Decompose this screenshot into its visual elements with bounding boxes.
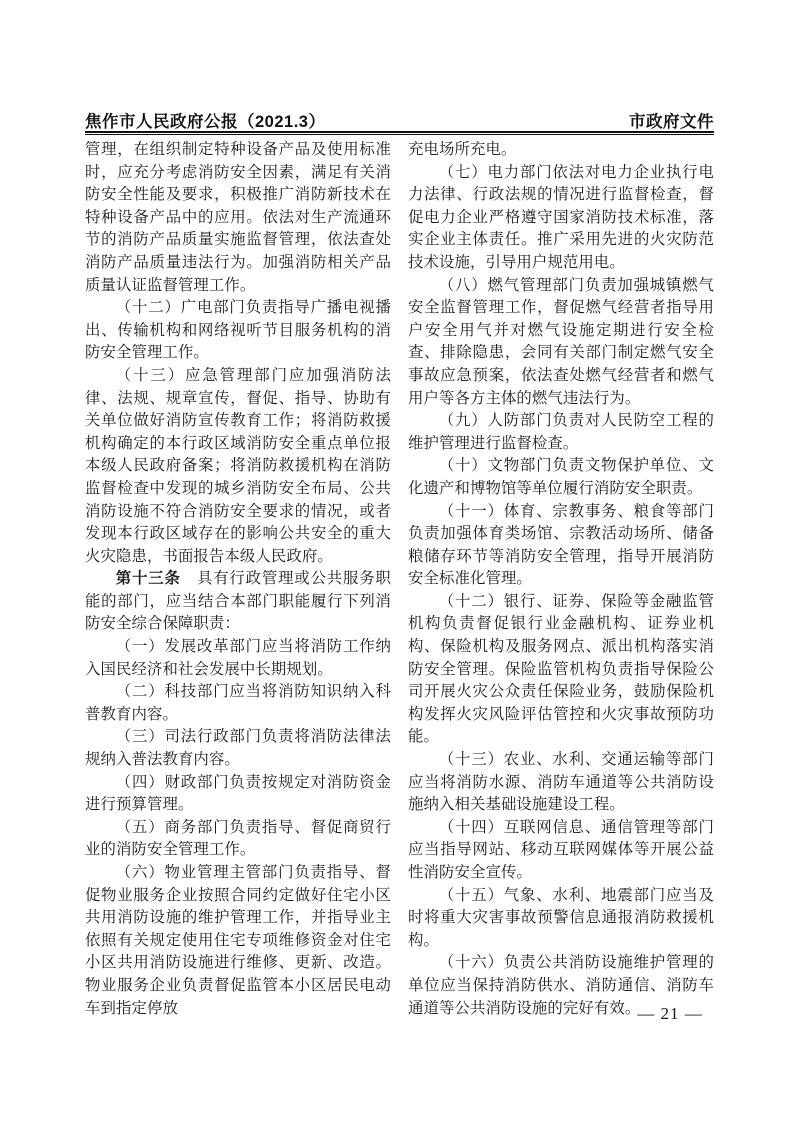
page-header: 焦作市人民政府公报（2021.3） 市政府文件 (85, 108, 714, 132)
paragraph: （十二）广电部门负责指导广播电视播出、传输机构和网络视听节目服务机构的消防安全管… (85, 297, 391, 365)
paragraph: （十）文物部门负责文物保护单位、文化遗产和博物馆等单位履行消防安全职责。 (408, 455, 714, 500)
paragraph: （十四）互联网信息、通信管理等部门应当指导网站、移动互联网媒体等开展公益性消防安… (408, 817, 714, 885)
paragraph: （十一）体育、宗教事务、粮食等部门负责加强体育类场馆、宗教活动场所、储备粮储存环… (408, 501, 714, 591)
header-rule (85, 131, 714, 135)
header-rule-thick-line (85, 131, 714, 133)
header-publication-title: 焦作市人民政府公报（2021.3） (85, 108, 325, 132)
paragraph: （六）物业管理主管部门负责指导、督促物业服务企业按照合同约定做好住宅小区共用消防… (85, 862, 391, 1020)
paragraph: （一）发展改革部门应当将消防工作纳入国民经济和社会发展中长期规划。 (85, 636, 391, 681)
paragraph: 第十三条 具有行政管理或公共服务职能的部门，应当结合本部门职能履行下列消防安全综… (85, 568, 391, 636)
paragraph: （三）司法行政部门负责将消防法律法规纳入普法教育内容。 (85, 726, 391, 771)
paragraph: （八）燃气管理部门负责加强城镇燃气安全监督管理工作，督促燃气经营者指导用户安全用… (408, 275, 714, 411)
paragraph: （九）人防部门负责对人民防空工程的维护管理进行监督检查。 (408, 410, 714, 455)
paragraph: （十五）气象、水利、地震部门应当及时将重大灾害事故预警信息通报消防救援机构。 (408, 885, 714, 953)
page-number: — 21 — (625, 1004, 715, 1024)
header-section-title: 市政府文件 (629, 108, 714, 132)
header-rule-thin-line (85, 134, 714, 135)
paragraph: （七）电力部门依法对电力企业执行电力法律、行政法规的情况进行监督检查，督促电力企… (408, 162, 714, 275)
paragraph: （四）财政部门负责按规定对消防资金进行预算管理。 (85, 772, 391, 817)
text-column-left: 管理，在组织制定特种设备产品及使用标准时，应充分考虑消防安全因素，满足有关消防安… (85, 139, 391, 1020)
paragraph: （十三）应急管理部门应加强消防法律、法规、规章宣传，督促、指导、协助有关单位做好… (85, 365, 391, 568)
paragraph: （五）商务部门负责指导、督促商贸行业的消防安全管理工作。 (85, 817, 391, 862)
gazette-page: 焦作市人民政府公报（2021.3） 市政府文件 管理，在组织制定特种设备产品及使… (0, 0, 793, 1122)
paragraph: 充电场所充电。 (408, 139, 714, 162)
paragraph: （二）科技部门应当将消防知识纳入科普教育内容。 (85, 681, 391, 726)
article-number: 第十三条 (116, 570, 181, 587)
paragraph: （十三）农业、水利、交通运输等部门应当将消防水源、消防车通道等公共消防设施纳入相… (408, 749, 714, 817)
text-column-right: 充电场所充电。（七）电力部门依法对电力企业执行电力法律、行政法规的情况进行监督检… (408, 139, 714, 1020)
paragraph: （十二）银行、证券、保险等金融监管机构负责督促银行业金融机构、证券业机构、保险机… (408, 591, 714, 749)
paragraph: 管理，在组织制定特种设备产品及使用标准时，应充分考虑消防安全因素，满足有关消防安… (85, 139, 391, 297)
